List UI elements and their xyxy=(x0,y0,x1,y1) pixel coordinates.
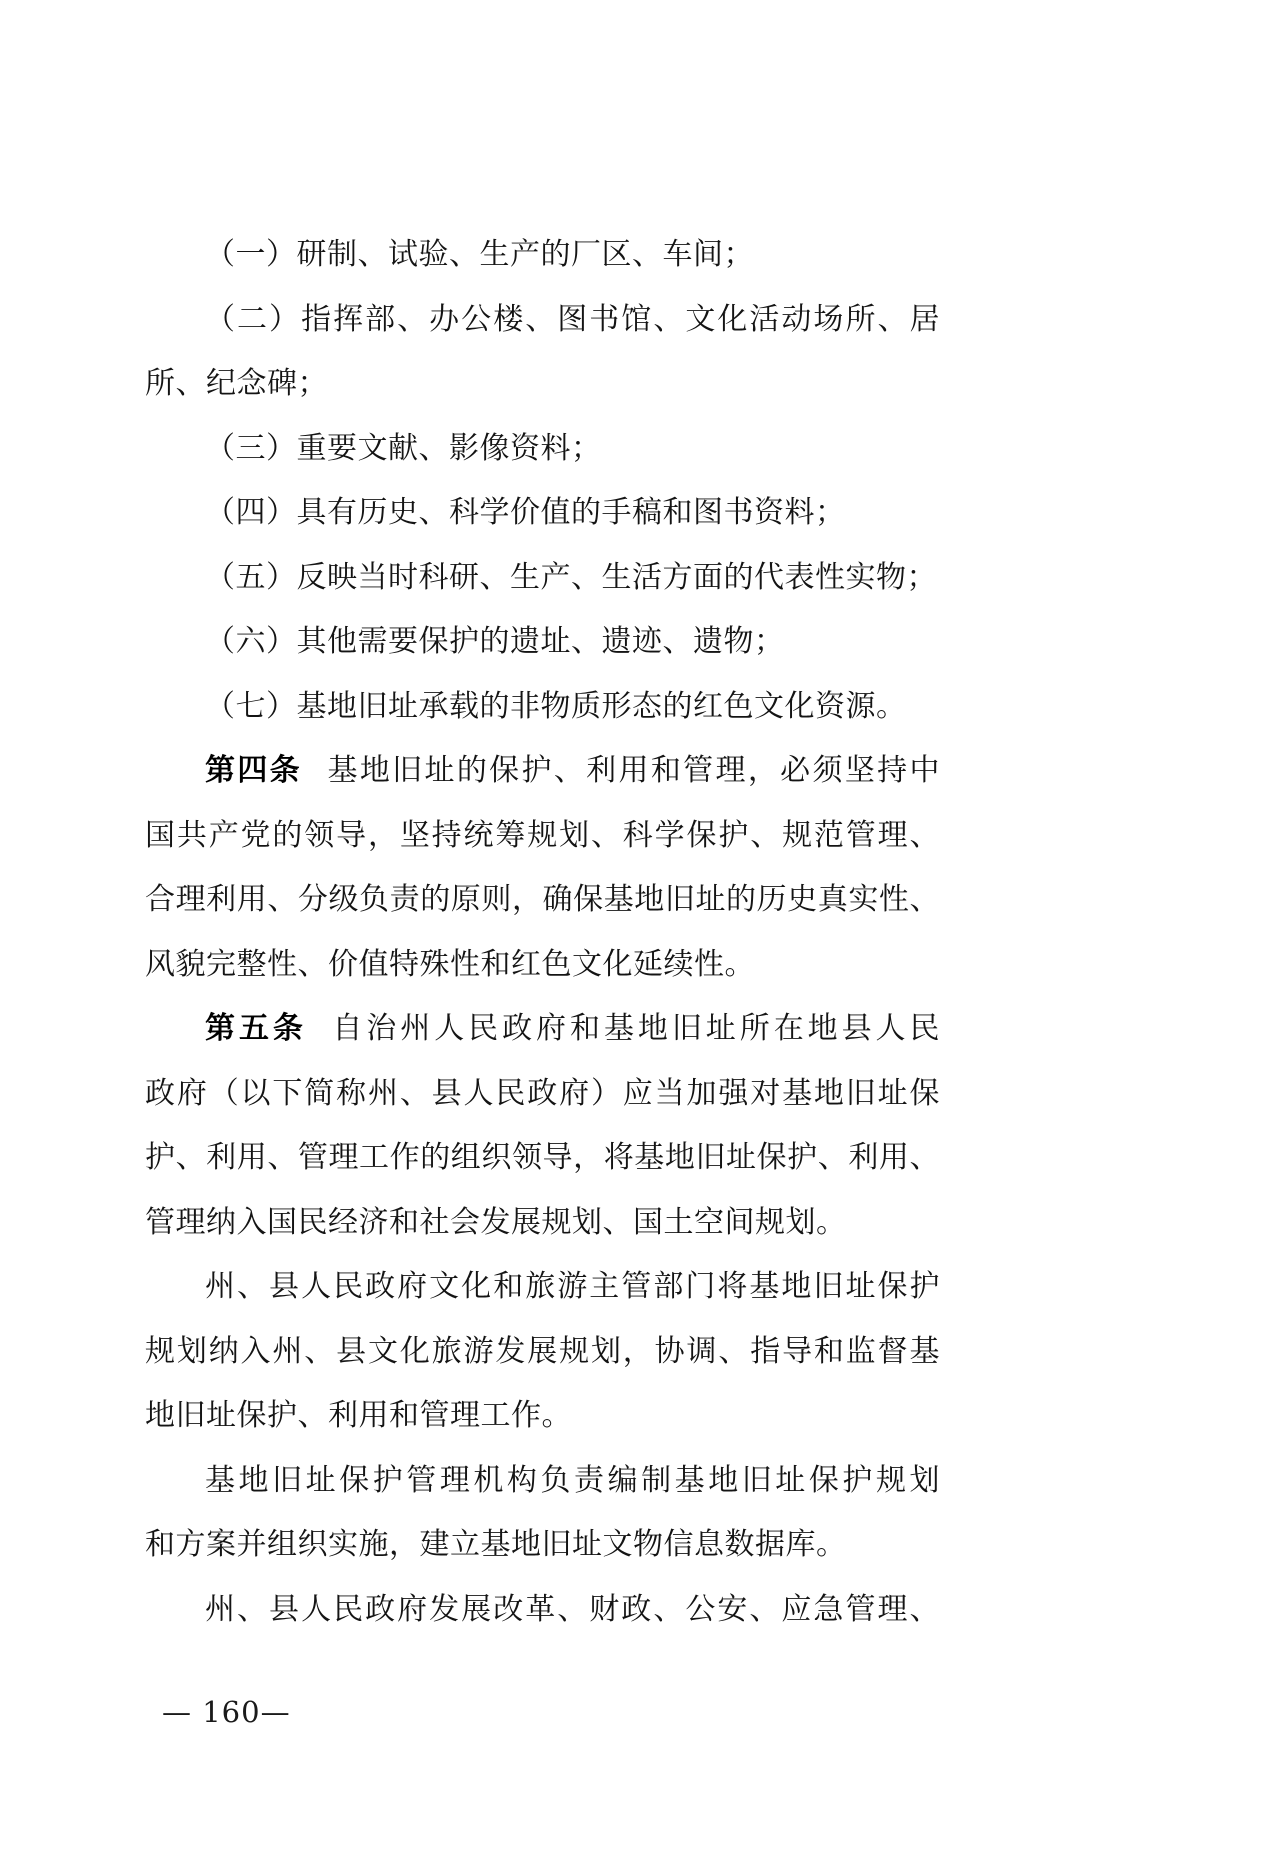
line-text: 国共产党的领导，坚持统筹规划、科学保护、规范管理、 xyxy=(145,818,940,853)
line-text: 基地旧址的保护、利用和管理，必须坚持中 xyxy=(328,753,941,788)
line-text: 地旧址保护、利用和管理工作。 xyxy=(145,1398,572,1433)
line-text: （七）基地旧址承载的非物质形态的红色文化资源。 xyxy=(205,689,907,724)
line-text: 护、利用、管理工作的组织领导，将基地旧址保护、利用、 xyxy=(145,1140,940,1175)
line-text: （六）其他需要保护的遗址、遗迹、遗物； xyxy=(205,624,785,659)
text-line: （六）其他需要保护的遗址、遗迹、遗物； xyxy=(145,610,940,675)
text-line: 护、利用、管理工作的组织领导，将基地旧址保护、利用、 xyxy=(145,1126,940,1191)
clause-number-label: 第五条 xyxy=(205,1012,307,1045)
line-text: 政府（以下简称州、县人民政府）应当加强对基地旧址保 xyxy=(145,1076,940,1111)
text-line: 基地旧址保护管理机构负责编制基地旧址保护规划 xyxy=(145,1449,940,1514)
text-line: （四）具有历史、科学价值的手稿和图书资料； xyxy=(145,481,940,546)
line-text: 规划纳入州、县文化旅游发展规划，协调、指导和监督基 xyxy=(145,1334,940,1369)
line-text: 合理利用、分级负责的原则，确保基地旧址的历史真实性、 xyxy=(145,882,940,917)
line-text: 和方案并组织实施，建立基地旧址文物信息数据库。 xyxy=(145,1527,847,1562)
text-line: 管理纳入国民经济和社会发展规划、国土空间规划。 xyxy=(145,1191,940,1256)
text-line: 规划纳入州、县文化旅游发展规划，协调、指导和监督基 xyxy=(145,1320,940,1385)
line-text: 州、县人民政府文化和旅游主管部门将基地旧址保护 xyxy=(205,1269,940,1304)
text-line: （二）指挥部、办公楼、图书馆、文化活动场所、居 xyxy=(145,288,940,353)
line-text: 所、纪念碑； xyxy=(145,366,328,401)
text-line: 政府（以下简称州、县人民政府）应当加强对基地旧址保 xyxy=(145,1062,940,1127)
line-text: 风貌完整性、价值特殊性和红色文化延续性。 xyxy=(145,947,755,982)
page-number: — 160— xyxy=(162,1695,291,1729)
line-text: （三）重要文献、影像资料； xyxy=(205,431,602,466)
line-text: 基地旧址保护管理机构负责编制基地旧址保护规划 xyxy=(205,1463,940,1498)
document-page: （一）研制、试验、生产的厂区、车间； （二）指挥部、办公楼、图书馆、文化活动场所… xyxy=(0,0,1279,1852)
line-text: 州、县人民政府发展改革、财政、公安、应急管理、 xyxy=(205,1592,940,1627)
text-line: 合理利用、分级负责的原则，确保基地旧址的历史真实性、 xyxy=(145,868,940,933)
clause-number-label: 第四条 xyxy=(205,754,302,787)
text-line: 风貌完整性、价值特殊性和红色文化延续性。 xyxy=(145,933,940,998)
text-line: 所、纪念碑； xyxy=(145,352,940,417)
text-line: （一）研制、试验、生产的厂区、车间； xyxy=(145,223,940,288)
text-line: 地旧址保护、利用和管理工作。 xyxy=(145,1384,940,1449)
line-text: （四）具有历史、科学价值的手稿和图书资料； xyxy=(205,495,846,530)
line-text: 管理纳入国民经济和社会发展规划、国土空间规划。 xyxy=(145,1205,847,1240)
body-text: （一）研制、试验、生产的厂区、车间； （二）指挥部、办公楼、图书馆、文化活动场所… xyxy=(145,223,940,1642)
line-text: （五）反映当时科研、生产、生活方面的代表性实物； xyxy=(205,560,937,595)
line-text: 自治州人民政府和基地旧址所在地县人民 xyxy=(332,1011,940,1046)
text-line: 和方案并组织实施，建立基地旧址文物信息数据库。 xyxy=(145,1513,940,1578)
text-line: 州、县人民政府文化和旅游主管部门将基地旧址保护 xyxy=(145,1255,940,1320)
line-text: （二）指挥部、办公楼、图书馆、文化活动场所、居 xyxy=(205,302,940,337)
text-line: （三）重要文献、影像资料； xyxy=(145,417,940,482)
text-line: （五）反映当时科研、生产、生活方面的代表性实物； xyxy=(145,546,940,611)
text-line: （七）基地旧址承载的非物质形态的红色文化资源。 xyxy=(145,675,940,740)
line-text: （一）研制、试验、生产的厂区、车间； xyxy=(205,237,754,272)
text-line: 州、县人民政府发展改革、财政、公安、应急管理、 xyxy=(145,1578,940,1643)
text-line: 第五条自治州人民政府和基地旧址所在地县人民 xyxy=(145,997,940,1062)
text-line: 第四条基地旧址的保护、利用和管理，必须坚持中 xyxy=(145,739,940,804)
text-line: 国共产党的领导，坚持统筹规划、科学保护、规范管理、 xyxy=(145,804,940,869)
